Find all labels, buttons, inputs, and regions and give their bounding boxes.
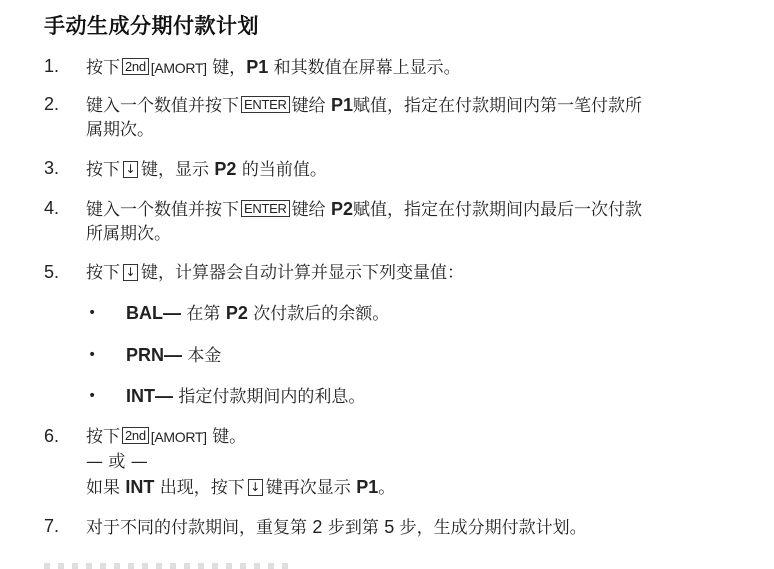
step-number-1: 1. — [44, 56, 59, 77]
cropped-next-heading — [44, 563, 294, 569]
bullet-bal-a: 在第 — [186, 304, 220, 324]
key-enter-icon: ENTER — [241, 96, 290, 113]
bullet-icon: • — [88, 388, 96, 404]
step-4-c: 赋值，指定在付款期间内最后一次付款 — [353, 200, 642, 220]
var-p1: P1 — [246, 57, 268, 77]
var-bal: BAL— — [126, 303, 181, 323]
bullet-icon: • — [88, 305, 96, 321]
step-4-cont: 所属期次。 — [86, 223, 171, 245]
step-5-b: 键，计算器会自动计算并显示下列变量值： — [141, 263, 464, 283]
step-number-3: 3. — [44, 158, 59, 179]
step-3-a: 按下 — [86, 160, 120, 180]
step-2-cont: 属期次。 — [86, 119, 154, 141]
step-2-b: 键给 — [292, 96, 326, 116]
var-int: INT— — [126, 386, 173, 406]
step-4-a: 键入一个数值并按下 — [86, 200, 239, 220]
step-number-2: 2. — [44, 94, 59, 115]
step-6-e: 键再次显示 — [266, 478, 351, 498]
step-7-a: 对于不同的付款期间，重复第 — [86, 518, 307, 538]
step-4-text: 键入一个数值并按下ENTER键给 P2赋值，指定在付款期间内最后一次付款 — [86, 198, 642, 221]
step-ref-2: 2 — [312, 517, 322, 537]
key-amort-label: [AMORT] — [151, 429, 207, 445]
down-arrow-key-icon: ↓ — [123, 264, 138, 281]
step-5-text: 按下↓键，计算器会自动计算并显示下列变量值： — [86, 262, 464, 284]
step-ref-5: 5 — [384, 517, 394, 537]
var-p1: P1 — [331, 95, 353, 115]
step-3-c: 的当前值。 — [242, 160, 327, 180]
step-2-c: 赋值，指定在付款期间内第一笔付款所 — [353, 96, 642, 116]
bullet-bal: BAL— 在第 P2 次付款后的余额。 — [126, 302, 389, 325]
var-p2: P2 — [214, 159, 236, 179]
bullet-prn-a: 本金 — [187, 346, 221, 366]
step-1-b: 键， — [212, 58, 246, 78]
step-6-f: 。 — [378, 478, 395, 498]
step-2-text: 键入一个数值并按下ENTER键给 P1赋值，指定在付款期间内第一笔付款所 — [86, 94, 642, 117]
key-2nd-icon: 2nd — [122, 58, 149, 75]
bullet-prn: PRN— 本金 — [126, 344, 221, 367]
step-number-4: 4. — [44, 198, 59, 219]
key-enter-icon: ENTER — [241, 200, 290, 217]
var-prn: PRN— — [126, 345, 182, 365]
step-6-c: 如果 — [86, 478, 120, 498]
bullet-int: INT— 指定付款期间内的利息。 — [126, 385, 365, 408]
step-number-5: 5. — [44, 262, 59, 283]
bullet-bal-b: 次付款后的余额。 — [253, 304, 389, 324]
step-3-text: 按下↓键，显示 P2 的当前值。 — [86, 158, 327, 181]
step-number-7: 7. — [44, 516, 59, 537]
step-7-b: 步到第 — [328, 518, 379, 538]
section-title: 手动生成分期付款计划 — [44, 10, 259, 40]
step-6-a: 按下 — [86, 427, 120, 447]
step-1-a: 按下 — [86, 58, 120, 78]
step-5-a: 按下 — [86, 263, 120, 283]
step-6-text: 按下2nd[AMORT] 键。 — [86, 426, 246, 448]
or-separator: — 或 — — [86, 451, 148, 473]
down-arrow-key-icon: ↓ — [123, 161, 138, 178]
var-p2: P2 — [226, 303, 248, 323]
step-6-alt: 如果 INT 出现，按下↓键再次显示 P1。 — [86, 476, 395, 499]
step-1-c: 和其数值在屏幕上显示。 — [274, 58, 461, 78]
down-arrow-key-icon: ↓ — [248, 479, 263, 496]
step-3-b: 键，显示 — [141, 160, 209, 180]
step-6-b: 键。 — [212, 427, 246, 447]
step-6-d: 出现，按下 — [160, 478, 245, 498]
step-7-c: 步，生成分期付款计划。 — [400, 518, 587, 538]
var-int: INT — [125, 477, 154, 497]
step-2-a: 键入一个数值并按下 — [86, 96, 239, 116]
bullet-icon: • — [88, 347, 96, 363]
key-amort-label: [AMORT] — [151, 60, 207, 76]
step-4-b: 键给 — [292, 200, 326, 220]
bullet-int-a: 指定付款期间内的利息。 — [178, 387, 365, 407]
step-7-text: 对于不同的付款期间，重复第 2 步到第 5 步，生成分期付款计划。 — [86, 516, 587, 539]
var-p1: P1 — [356, 477, 378, 497]
var-p2: P2 — [331, 199, 353, 219]
key-2nd-icon: 2nd — [122, 427, 149, 444]
step-1-text: 按下2nd[AMORT] 键，P1 和其数值在屏幕上显示。 — [86, 56, 461, 79]
step-number-6: 6. — [44, 426, 59, 447]
